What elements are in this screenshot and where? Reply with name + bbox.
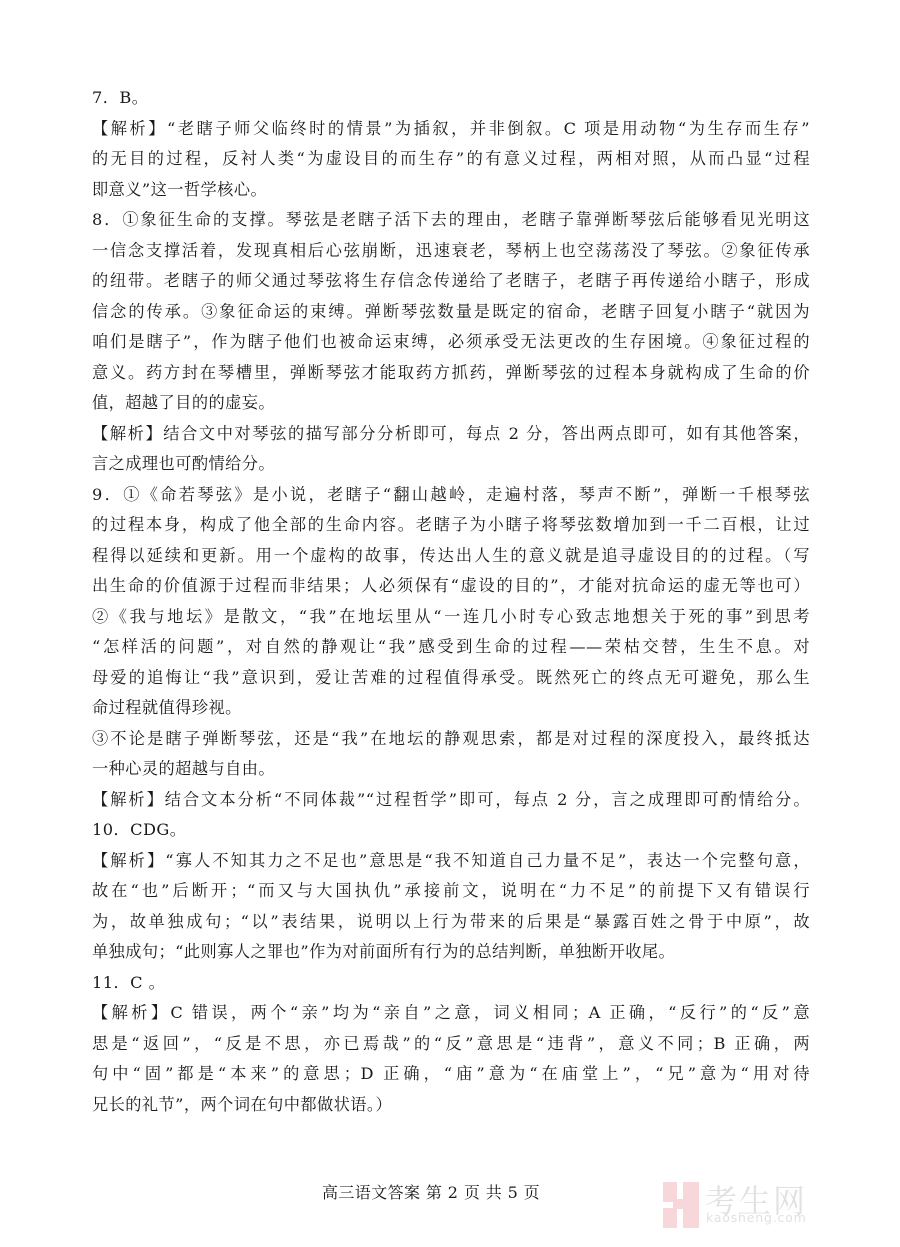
analysis-10-line: 故在“也”后断开；“而又与大国执仇”承接前文，说明在“力不足”的前提下又有错误行: [92, 876, 810, 907]
kaosheng-watermark: 考生网 kaosheng.com: [663, 1182, 843, 1230]
analysis-9-line: 【解析】结合文本分析“不同体裁”“过程哲学”即可，每点 2 分，言之成理即可酌情…: [92, 785, 810, 816]
answer-8-line: 意义。药方封在琴槽里，弹断琴弦才能取药方抓药，弹断琴弦的过程本身就构成了生命的价: [92, 358, 810, 389]
answer-9-line: 程得以延续和更新。用一个虚构的故事，传达出人生的意义就是追寻虚设目的的过程。（写: [92, 541, 810, 572]
answer-7: 7．B。: [92, 83, 810, 114]
answer-8-line: 信念的传承。③象征命运的束缚。弹断琴弦数量是既定的宿命，老瞎子回复小瞎子“就因为: [92, 297, 810, 328]
analysis-10-line: 【解析】“寡人不知其力之不足也”意思是“我不知道自己力量不足”，表达一个完整句意…: [92, 846, 810, 877]
analysis-7-line: 即意义”这一哲学核心。: [92, 175, 810, 206]
analysis-7-line: 【解析】“老瞎子师父临终时的情景”为插叙，并非倒叙。C 项是用动物“为生存而生存…: [92, 114, 810, 145]
kaosheng-logo-icon: [663, 1182, 699, 1228]
analysis-7-line: 的无目的过程，反衬人类“为虚设目的而生存”的有意义过程，两相对照，从而凸显“过程: [92, 144, 810, 175]
answer-9-line: 母爱的追悔让“我”意识到，爱让苦难的过程值得承受。既然死亡的终点无可避免，那么生: [92, 663, 810, 694]
answer-8-line: 值，超越了目的的虚妄。: [92, 388, 810, 419]
answer-9-line: ②《我与地坛》是散文，“我”在地坛里从“一连几小时专心致志地想关于死的事”到思考: [92, 602, 810, 633]
analysis-10-line: 单独成句；“此则寡人之罪也”作为对前面所有行为的总结判断，单独断开收尾。: [92, 937, 810, 968]
answer-9-line: 一种心灵的超越与自由。: [92, 754, 810, 785]
answer-9-line: “怎样活的问题”，对自然的静观让“我”感受到生命的过程——荣枯交替，生生不息。对: [92, 632, 810, 663]
analysis-11-line: 兄长的礼节”，两个词在句中都做状语。）: [92, 1090, 810, 1121]
answer-9-line: 命过程就值得珍视。: [92, 693, 810, 724]
analysis-8-line: 言之成理也可酌情给分。: [92, 449, 810, 480]
answer-9-line: 出生命的价值源于过程而非结果；人必须保有“虚设的目的”，才能对抗命运的虚无等也可…: [92, 571, 810, 602]
answer-9-line: ③不论是瞎子弹断琴弦，还是“我”在地坛的静观思索，都是对过程的深度投入，最终抵达: [92, 724, 810, 755]
answer-8-line: 一信念支撑活着，发现真相后心弦崩断，迅速衰老，琴柄上也空荡荡没了琴弦。②象征传承: [92, 236, 810, 267]
answer-8-line: 8．①象征生命的支撑。琴弦是老瞎子活下去的理由，老瞎子靠弹断琴弦后能够看见光明这: [92, 205, 810, 236]
analysis-11-line: 【解析】C 错误，两个“亲”均为“亲自”之意，词义相同；A 正确，“反行”的“反…: [92, 998, 810, 1029]
watermark-domain: kaosheng.com: [706, 1210, 807, 1225]
answer-8-line: 咱们是瞎子”，作为瞎子他们也被命运束缚，必须承受无法更改的生存困境。④象征过程的: [92, 327, 810, 358]
analysis-10-line: 为，故单独成句；“以”表结果，说明以上行为带来的后果是“暴露百姓之骨于中原”，故: [92, 907, 810, 938]
answer-9-line: 9．①《命若琴弦》是小说，老瞎子“翻山越岭，走遍村落，琴声不断”，弹断一千根琴弦: [92, 480, 810, 511]
answer-10: 10．CDG。: [92, 815, 810, 846]
answer-8-line: 的纽带。老瞎子的师父通过琴弦将生存信念传递给了老瞎子，老瞎子再传递给小瞎子，形成: [92, 266, 810, 297]
analysis-11-line: 句中“固”都是“本来”的意思；D 正确，“庙”意为“在庙堂上”，“兄”意为“用对…: [92, 1059, 810, 1090]
answer-9-line: 的过程本身，构成了他全部的生命内容。老瞎子为小瞎子将琴弦数增加到一千二百根，让过: [92, 510, 810, 541]
analysis-11-line: 思是“返回”，“反是不思，亦已焉哉”的“反”意思是“违背”，意义不同；B 正确，…: [92, 1029, 810, 1060]
answer-11: 11．C 。: [92, 968, 810, 999]
answer-document: 7．B。 【解析】“老瞎子师父临终时的情景”为插叙，并非倒叙。C 项是用动物“为…: [92, 83, 810, 1120]
analysis-8-line: 【解析】结合文中对琴弦的描写部分分析即可，每点 2 分，答出两点即可，如有其他答…: [92, 419, 810, 450]
page-footer: 高三语文答案 第 2 页 共 5 页: [322, 1180, 540, 1203]
